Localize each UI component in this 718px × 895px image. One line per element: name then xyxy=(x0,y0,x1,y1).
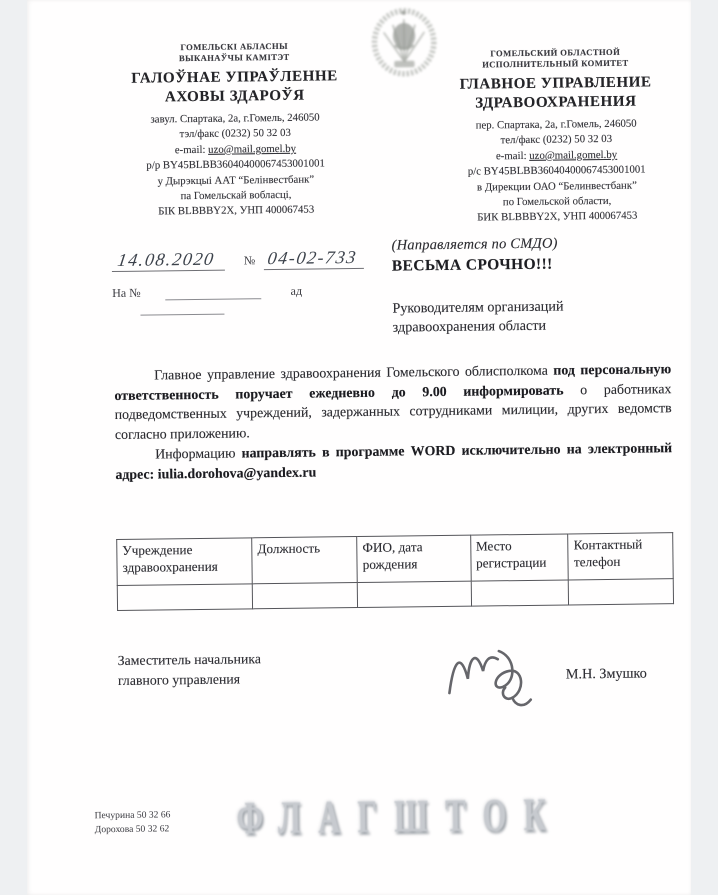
table-header-institution: Учреждение здравоохранения xyxy=(117,538,253,586)
body-paragraph-2: Информацию направлять в программе WORD и… xyxy=(115,440,672,486)
table-header-row: Учреждение здравоохранения Должность ФИО… xyxy=(117,533,674,586)
org-address-block-ru: пер. Спартака, 2а, г.Гомель, 246050 тел/… xyxy=(422,116,691,227)
letterhead-left: ГОМЕЛЬСКІ АБЛАСНЫ ВЫКАНАЎЧЫ КАМІТЭТ ГАЛО… xyxy=(81,40,389,222)
smdo-note: (Направляется по СМДО) xyxy=(392,234,682,255)
addressee-line2: здравоохранения области xyxy=(393,315,683,338)
signer-name: М.Н. Змушко xyxy=(566,666,647,684)
body-paragraph-1: Главное управление здравоохранения Гомел… xyxy=(114,360,672,445)
reply-reference-row: На № ад xyxy=(112,282,412,316)
signer-title: Заместитель начальника главного управлен… xyxy=(118,649,262,690)
empty-cell xyxy=(569,579,674,605)
number-underline: 04-02-733 xyxy=(264,248,364,270)
org-name-line2-ru: ЗДРАВООХРАНЕНИЯ xyxy=(422,92,690,114)
signer-title-line1: Заместитель начальника xyxy=(118,649,261,670)
handwritten-date: 14.08.2020 xyxy=(116,250,216,269)
empty-cell xyxy=(252,583,357,609)
email-label: e-mail: xyxy=(175,144,208,156)
org-name-line1-ru: ГЛАВНОЕ УПРАВЛЕНИЕ xyxy=(422,73,690,95)
empty-cell xyxy=(357,581,471,607)
handwritten-signature xyxy=(433,629,562,726)
empty-cell xyxy=(471,580,569,606)
ad-label: ад xyxy=(291,284,303,298)
table-header-name-dob: ФИО, дата рождения xyxy=(357,535,471,582)
document-content: ГОМЕЛЬСКІ АБЛАСНЫ ВЫКАНАЎЧЫ КАМІТЭТ ГАЛО… xyxy=(23,0,698,895)
org-address-block: завул. Спартака, 2а, г.Гомель, 246050 тэ… xyxy=(82,110,389,222)
executor-contacts: Печурина 50 32 66 Дорохова 50 32 62 xyxy=(94,808,170,836)
table-header-registration: Место регистрации xyxy=(470,534,568,581)
email-address-ru: uzo@mail.gomel.by xyxy=(529,149,617,162)
signer-title-line2: главного управления xyxy=(118,669,261,690)
reference-block: 14.08.2020 № 04-02-733 На № ад xyxy=(112,247,413,316)
signature-block: Заместитель начальника главного управлен… xyxy=(118,639,676,726)
date-underline: 14.08.2020 xyxy=(112,250,225,272)
report-table: Учреждение здравоохранения Должность ФИО… xyxy=(116,532,674,611)
email-address: uzo@mail.gomel.by xyxy=(208,143,296,156)
executor-line2: Дорохова 50 32 62 xyxy=(95,822,171,836)
notice-block: (Направляется по СМДО) ВЕСЬМА СРОЧНО!!! … xyxy=(392,234,683,338)
document-paper: ГОМЕЛЬСКІ АБЛАСНЫ ВЫКАНАЎЧЫ КАМІТЭТ ГАЛО… xyxy=(27,0,691,895)
table-header-position: Должность xyxy=(252,537,358,584)
addressee: Руководителям организаций здравоохранени… xyxy=(392,296,682,338)
org-name-line2: АХОВЫ ЗДАРОЎЯ xyxy=(82,86,388,109)
table-header-phone: Контактный телефон xyxy=(568,533,673,580)
number-sign: № xyxy=(244,253,256,268)
reply-number-blank xyxy=(166,286,262,300)
empty-cell xyxy=(117,584,252,611)
p2-text-1: Информацию xyxy=(155,447,242,463)
org-parent-line2-ru: ИСПОЛНИТЕЛЬНЫЙ КОМИТЕТ xyxy=(421,56,689,70)
bik-line: БІК BLBBBY2X, УНП 400067453 xyxy=(83,202,389,221)
date-number-row: 14.08.2020 № 04-02-733 xyxy=(112,247,412,272)
email-label-ru: e-mail: xyxy=(496,150,529,162)
urgent-label: ВЕСЬМА СРОЧНО!!! xyxy=(392,254,682,276)
letter-body: Главное управление здравоохранения Гомел… xyxy=(114,360,672,485)
bik-line-ru: БИК BLBBBY2X, УНП 400067453 xyxy=(423,208,691,227)
handwritten-number: 04-02-733 xyxy=(267,248,359,267)
executor-line1: Печурина 50 32 66 xyxy=(94,808,170,822)
letterhead-right: ГОМЕЛЬСКИЙ ОБЛАСТНОЙ ИСПОЛНИТЕЛЬНЫЙ КОМИ… xyxy=(421,46,691,227)
reply-date-blank xyxy=(140,302,224,316)
na-no-label: На № xyxy=(112,286,141,300)
flagshtok-watermark: ФЛАГШТОК xyxy=(236,788,563,846)
scanned-letter-page: { "header_left": { "org_small_1": "ГОМЕЛ… xyxy=(0,0,718,895)
p1-text-1: Главное управление здравоохранения Гомел… xyxy=(154,364,553,384)
